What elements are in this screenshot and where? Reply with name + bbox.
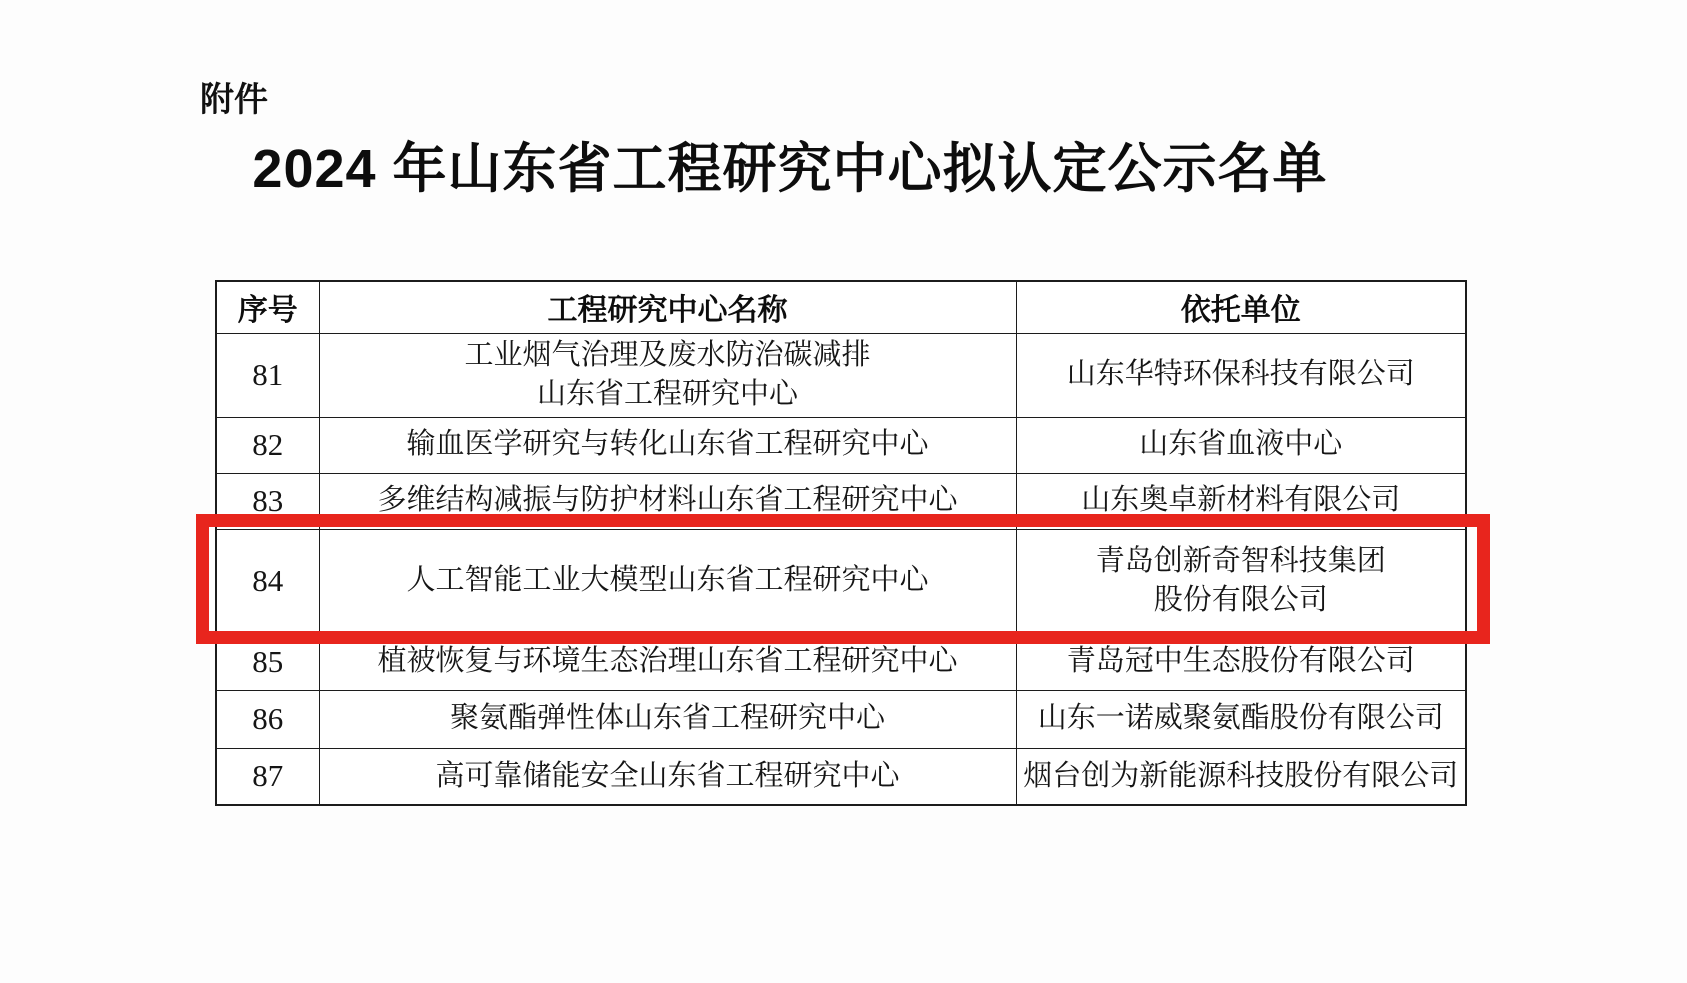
table-header-row: 序号 工程研究中心名称 依托单位 <box>216 281 1466 333</box>
org-cell: 山东奥卓新材料有限公司 <box>1016 473 1466 529</box>
center-name-cell: 植被恢复与环境生态治理山东省工程研究中心 <box>319 633 1016 690</box>
org-cell: 山东一诺威聚氨酯股份有限公司 <box>1016 690 1466 748</box>
table-row: 85 植被恢复与环境生态治理山东省工程研究中心 青岛冠中生态股份有限公司 <box>216 633 1466 690</box>
row-number-cell: 83 <box>216 473 319 529</box>
table-row: 81 工业烟气治理及废水防治碳减排 山东省工程研究中心 山东华特环保科技有限公司 <box>216 333 1466 417</box>
row-number-cell: 81 <box>216 333 319 417</box>
center-name-cell: 工业烟气治理及废水防治碳减排 山东省工程研究中心 <box>319 333 1016 417</box>
header-serial-number: 序号 <box>216 281 319 333</box>
row-number-cell: 87 <box>216 748 319 805</box>
centers-table: 序号 工程研究中心名称 依托单位 81 工业烟气治理及废水防治碳减排 山东省工程… <box>215 280 1467 806</box>
center-name-cell: 聚氨酯弹性体山东省工程研究中心 <box>319 690 1016 748</box>
header-center-name: 工程研究中心名称 <box>319 281 1016 333</box>
row-number-cell: 82 <box>216 417 319 473</box>
attachment-label: 附件 <box>200 72 268 121</box>
org-cell: 山东省血液中心 <box>1016 417 1466 473</box>
center-name-cell: 高可靠储能安全山东省工程研究中心 <box>319 748 1016 805</box>
table-row-highlighted: 84 人工智能工业大模型山东省工程研究中心 青岛创新奇智科技集团 股份有限公司 <box>216 529 1466 633</box>
table-row: 86 聚氨酯弹性体山东省工程研究中心 山东一诺威聚氨酯股份有限公司 <box>216 690 1466 748</box>
table-row: 83 多维结构减振与防护材料山东省工程研究中心 山东奥卓新材料有限公司 <box>216 473 1466 529</box>
center-name-cell: 人工智能工业大模型山东省工程研究中心 <box>319 529 1016 633</box>
page-title: 2024 年山东省工程研究中心拟认定公示名单 <box>215 126 1365 203</box>
center-name-cell: 多维结构减振与防护材料山东省工程研究中心 <box>319 473 1016 529</box>
header-supporting-org: 依托单位 <box>1016 281 1466 333</box>
org-cell: 烟台创为新能源科技股份有限公司 <box>1016 748 1466 805</box>
org-cell: 青岛创新奇智科技集团 股份有限公司 <box>1016 529 1466 633</box>
table-row: 87 高可靠储能安全山东省工程研究中心 烟台创为新能源科技股份有限公司 <box>216 748 1466 805</box>
row-number-cell: 85 <box>216 633 319 690</box>
row-number-cell: 84 <box>216 529 319 633</box>
document-page: 附件 2024 年山东省工程研究中心拟认定公示名单 序号 工程研究中心名称 依托… <box>0 0 1687 983</box>
results-table: 序号 工程研究中心名称 依托单位 81 工业烟气治理及废水防治碳减排 山东省工程… <box>215 280 1465 806</box>
org-cell: 山东华特环保科技有限公司 <box>1016 333 1466 417</box>
row-number-cell: 86 <box>216 690 319 748</box>
org-cell: 青岛冠中生态股份有限公司 <box>1016 633 1466 690</box>
center-name-cell: 输血医学研究与转化山东省工程研究中心 <box>319 417 1016 473</box>
table-row: 82 输血医学研究与转化山东省工程研究中心 山东省血液中心 <box>216 417 1466 473</box>
